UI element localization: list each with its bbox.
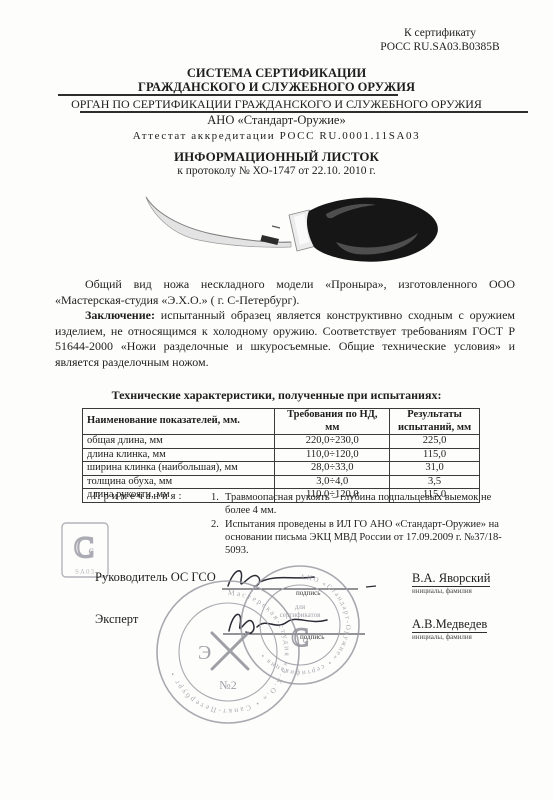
manufacturer-stamp-ring-text: Мастерская-студия «Э.Х.О.» • Санкт-Петер… [167, 588, 292, 716]
manufacturer-stamp-outer-ring [157, 581, 299, 723]
certification-stamp: АНО «Стандарт-Оружие» • сертификация • д… [241, 566, 359, 684]
cell-result: 115,0 [390, 448, 480, 462]
certification-stamp-outer-ring [241, 566, 359, 684]
signature-role-expert: Эксперт [95, 612, 138, 627]
signatory-expert: А.В.Медведев инициалы, фамилия [412, 615, 522, 641]
notes-section: Примечания: 1. Травмоопасная рукоять – г… [93, 491, 505, 558]
table-header-requirements: Требования по НД, мм [275, 409, 390, 435]
document-title: ИНФОРМАЦИОННЫЙ ЛИСТОК [0, 149, 553, 164]
document-subtitle: к протоколу № ХО-1747 от 22.10. 2010 г. [0, 164, 553, 178]
header-rule-left [58, 94, 398, 96]
header-rule-right [80, 111, 528, 113]
cell-result: 225,0 [390, 435, 480, 449]
header-org-line: ОРГАН ПО СЕРТИФИКАЦИИ ГРАЖДАНСКОГО И СЛУ… [0, 97, 553, 111]
conformity-mark-code: SA03 [75, 568, 95, 576]
manufacturer-stamp-letter: Э [198, 642, 211, 664]
signature-label-expert: подпись [300, 633, 324, 641]
manufacturer-stamp: Мастерская-студия «Э.Х.О.» • Санкт-Петер… [157, 581, 299, 723]
certificate-reference-number: РОСС RU.SA03.B0385В [360, 40, 520, 54]
table-header-row: Наименование показателей, мм. Требования… [83, 409, 480, 435]
conformity-mark-inner-glyph: с [88, 543, 93, 557]
certificate-reference: К сертификату РОСС RU.SA03.B0385В [360, 26, 520, 54]
spec-table: Наименование показателей, мм. Требования… [82, 408, 480, 503]
manufacturer-stamp-number: №2 [219, 678, 236, 692]
svg-text:Мастерская-студия «Э.Х.О.» • С: Мастерская-студия «Э.Х.О.» • Санкт-Петер… [167, 588, 292, 716]
manufacturer-stamp-inner-ring [179, 603, 277, 701]
signatory-head-caption: инициалы, фамилия [412, 587, 522, 595]
signature-head-scribble [210, 560, 380, 600]
cell-result: 3,5 [390, 475, 480, 489]
header-org-name: АНО «Стандарт-Оружие» [0, 113, 553, 127]
signature-ink [228, 571, 314, 586]
header-accreditation: Аттестат аккредитации РОСС RU.0001.11SA0… [0, 129, 553, 143]
cell-requirement: 110,0÷120,0 [275, 448, 390, 462]
header-system-line2: ГРАЖДАНСКОГО И СЛУЖЕБНОГО ОРУЖИЯ [0, 80, 553, 94]
knife-guard-tick [272, 226, 280, 228]
notes-items: 1. Травмоопасная рукоять – глубина подпа… [211, 491, 505, 558]
cell-requirement: 3,0÷4,0 [275, 475, 390, 489]
paragraph-conclusion: Заключение: испытанный образец является … [55, 308, 515, 370]
header-system-line1: СИСТЕМА СЕРТИФИКАЦИИ [0, 66, 553, 80]
certification-stamp-center-mid: сертификатов [280, 611, 321, 619]
signature-dash [366, 586, 376, 587]
crossed-knives-icon [212, 633, 248, 669]
table-row: ширина клинка (наибольшая), мм 28,0÷33,0… [83, 462, 480, 476]
note-item: 1. Травмоопасная рукоять – глубина подпа… [211, 491, 505, 517]
signatory-expert-caption: инициалы, фамилия [412, 633, 522, 641]
cell-name: длина клинка, мм [83, 448, 275, 462]
document-header: СИСТЕМА СЕРТИФИКАЦИИ ГРАЖДАНСКОГО И СЛУЖ… [0, 66, 553, 143]
certification-stamp-center-top: для [295, 603, 306, 611]
cell-requirement: 220,0÷230,0 [275, 435, 390, 449]
cell-name: толщина обуха, мм [83, 475, 275, 489]
note-number: 1. [211, 491, 225, 517]
signatory-head-name: В.А. Яворский [412, 571, 490, 587]
knife-photo [112, 184, 452, 276]
document-title-block: ИНФОРМАЦИОННЫЙ ЛИСТОК к протоколу № ХО-1… [0, 149, 553, 178]
certification-stamp-inner-ring [260, 585, 340, 665]
table-title: Технические характеристики, полученные п… [0, 388, 553, 403]
table-row: длина клинка, мм 110,0÷120,0 115,0 [83, 448, 480, 462]
table-row: толщина обуха, мм 3,0÷4,0 3,5 [83, 475, 480, 489]
note-text: Травмоопасная рукоять – глубина подпальц… [225, 491, 505, 517]
conclusion-label: Заключение: [85, 308, 155, 322]
cell-requirement: 28,0÷33,0 [275, 462, 390, 476]
certificate-reference-line1: К сертификату [360, 26, 520, 40]
note-number: 2. [211, 518, 225, 557]
signature-ink [229, 614, 327, 633]
table-row: общая длина, мм 220,0÷230,0 225,0 [83, 435, 480, 449]
signature-role-head: Руководитель ОС ГСО [95, 570, 216, 585]
table-header-results: Результаты испытаний, мм [390, 409, 480, 435]
signatory-head: В.А. Яворский инициалы, фамилия [412, 569, 522, 595]
note-item: 2. Испытания проведены в ИЛ ГО АНО «Стан… [211, 518, 505, 557]
cell-name: общая длина, мм [83, 435, 275, 449]
paragraph-general-view: Общий вид ножа нескладного модели «Проны… [55, 277, 515, 308]
document-page: К сертификату РОСС RU.SA03.B0385В СИСТЕМ… [0, 0, 553, 800]
cell-name: ширина клинка (наибольшая), мм [83, 462, 275, 476]
note-text: Испытания проведены в ИЛ ГО АНО «Стандар… [225, 518, 505, 557]
cell-result: 31,0 [390, 462, 480, 476]
signatory-expert-name: А.В.Медведев [412, 617, 487, 633]
body-text: Общий вид ножа нескладного модели «Проны… [55, 277, 515, 370]
table-header-name: Наименование показателей, мм. [83, 409, 275, 435]
signature-label-head: подпись [296, 589, 320, 597]
